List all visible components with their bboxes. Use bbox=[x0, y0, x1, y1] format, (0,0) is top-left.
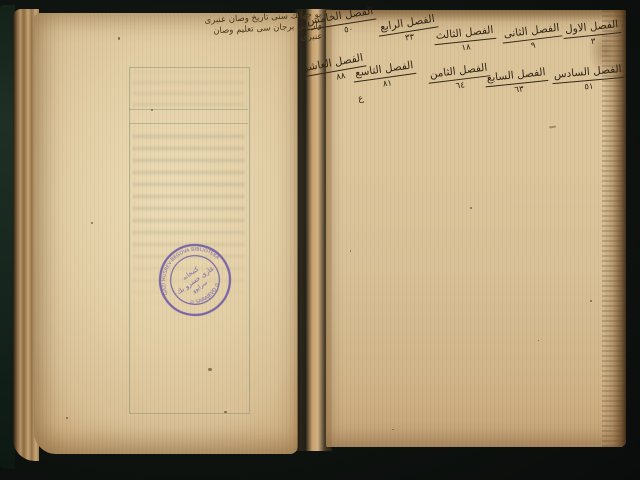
ink-speck bbox=[470, 207, 472, 209]
text-showthrough bbox=[133, 72, 244, 106]
ink-speck bbox=[392, 429, 394, 430]
ink-speck bbox=[224, 411, 227, 413]
chapter-entry: الفصل الاول ٣ bbox=[559, 12, 626, 51]
ink-speck bbox=[208, 368, 212, 371]
frame-header-band bbox=[129, 109, 248, 124]
chapter-entry: الفصل السابع ٦٣ bbox=[486, 60, 549, 98]
ink-speck bbox=[91, 222, 93, 224]
manuscript-photo: بو جهانك سنى تاريخ وصان عنبرى وار مى برج… bbox=[0, 0, 640, 480]
ink-speck bbox=[66, 417, 68, 419]
ink-speck bbox=[538, 340, 539, 341]
ink-speck bbox=[350, 250, 351, 252]
ink-speck bbox=[151, 109, 153, 111]
ink-speck bbox=[590, 300, 592, 302]
ink-speck bbox=[118, 37, 120, 40]
